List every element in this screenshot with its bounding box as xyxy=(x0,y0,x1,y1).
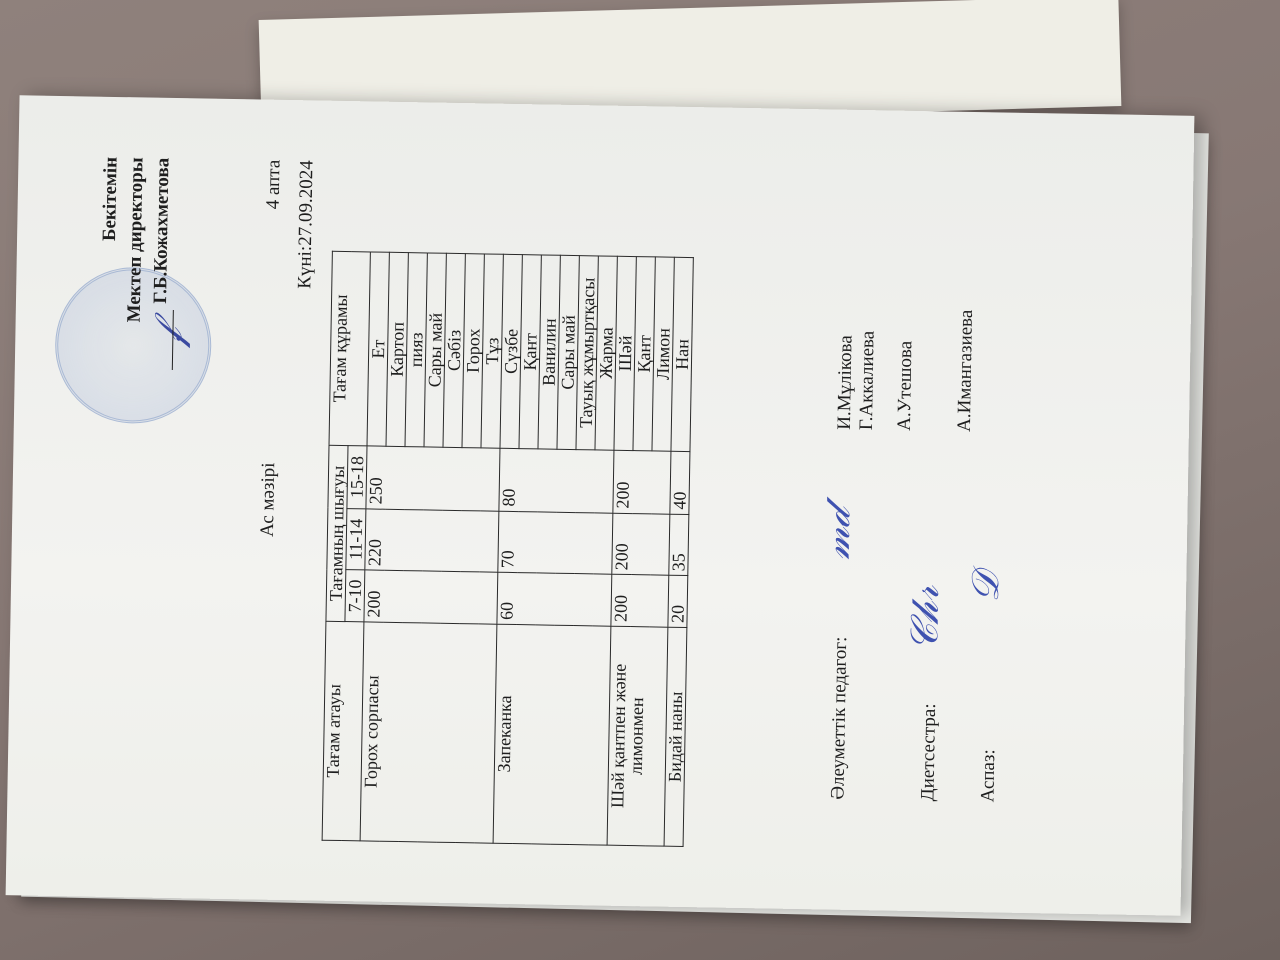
ingredient: Тауық жұмыртқасы xyxy=(576,256,598,450)
approval-position: Мектеп директоры xyxy=(121,157,151,369)
portion-value: 200 xyxy=(611,575,669,628)
week-label: 4 апта xyxy=(263,160,286,210)
signature-role: Әлеуметтік педагог: xyxy=(827,636,852,799)
handwritten-signature: 𝓂𝒹 xyxy=(814,508,860,560)
portion-value: 40 xyxy=(670,451,690,514)
portion-value: 200 xyxy=(364,570,498,624)
ingredient: Нан xyxy=(671,257,693,451)
signature-name: А.Имангазиева xyxy=(954,309,978,432)
portion-value: 250 xyxy=(366,446,500,511)
portion-value: 200 xyxy=(612,513,670,576)
signature-row: Әлеуметтік педагог: 𝓂𝒹 И.Мұлікова Г.Акка… xyxy=(827,800,917,802)
signature-name: А.Утешова xyxy=(894,341,918,431)
handwritten-signature: 𝒞𝒽𝓇 xyxy=(902,585,948,651)
approval-block: Бекітемін Мектеп директоры Г.Б.Кожахмето… xyxy=(95,157,177,370)
portion-value: 80 xyxy=(499,448,614,513)
signature-role: Аспаз: xyxy=(977,749,1000,802)
dish-name: Запеканка xyxy=(493,624,611,845)
header-age-group: 7-10 xyxy=(345,570,365,622)
handwritten-signature: 𝒟 xyxy=(963,572,1009,603)
signature-name: И.Мұлікова xyxy=(834,330,858,430)
approval-title: Бекітемін xyxy=(95,157,125,369)
portion-value: 200 xyxy=(613,450,671,514)
portion-value: 20 xyxy=(668,576,688,628)
signatures-block: Әлеуметтік педагог: 𝓂𝒹 И.Мұлікова Г.Акка… xyxy=(827,800,1007,803)
header-age-group: 15-18 xyxy=(347,446,367,509)
document-title: Ас мәзірі xyxy=(251,100,287,900)
dish-name: Горох сорпасы xyxy=(360,622,497,843)
approval-director-name: Г.Б.Кожахметова xyxy=(150,158,174,304)
portion-value: 70 xyxy=(498,511,613,575)
header-age-group: 11-14 xyxy=(346,508,366,570)
header-composition: Тағам құрамы xyxy=(329,251,370,446)
signature-name: Г.Аккалиева xyxy=(856,331,880,431)
dish-name: Шәй қантпен және лимонмен xyxy=(607,626,668,846)
menu-document-page: 𝒻 Бекітемін Мектеп директоры Г.Б.Кожахме… xyxy=(6,95,1195,915)
portion-value: 35 xyxy=(669,514,689,576)
header-dish-name: Тағам атауы xyxy=(322,621,364,841)
portion-value: 220 xyxy=(365,509,499,573)
signature-role: Диетсестра: xyxy=(917,703,941,801)
date-label: Күні:27.09.2024 xyxy=(294,160,318,289)
signature-row: Аспаз: 𝒟 А.Имангазиева xyxy=(977,802,1007,803)
portion-value: 60 xyxy=(497,573,612,627)
dish-name: Бидай наны xyxy=(664,627,687,846)
signature-row: Диетсестра: 𝒞𝒽𝓇 А.Утешова xyxy=(917,801,977,802)
menu-table: Тағам атауы Тағамның шығуы Тағам құрамы … xyxy=(322,251,694,847)
